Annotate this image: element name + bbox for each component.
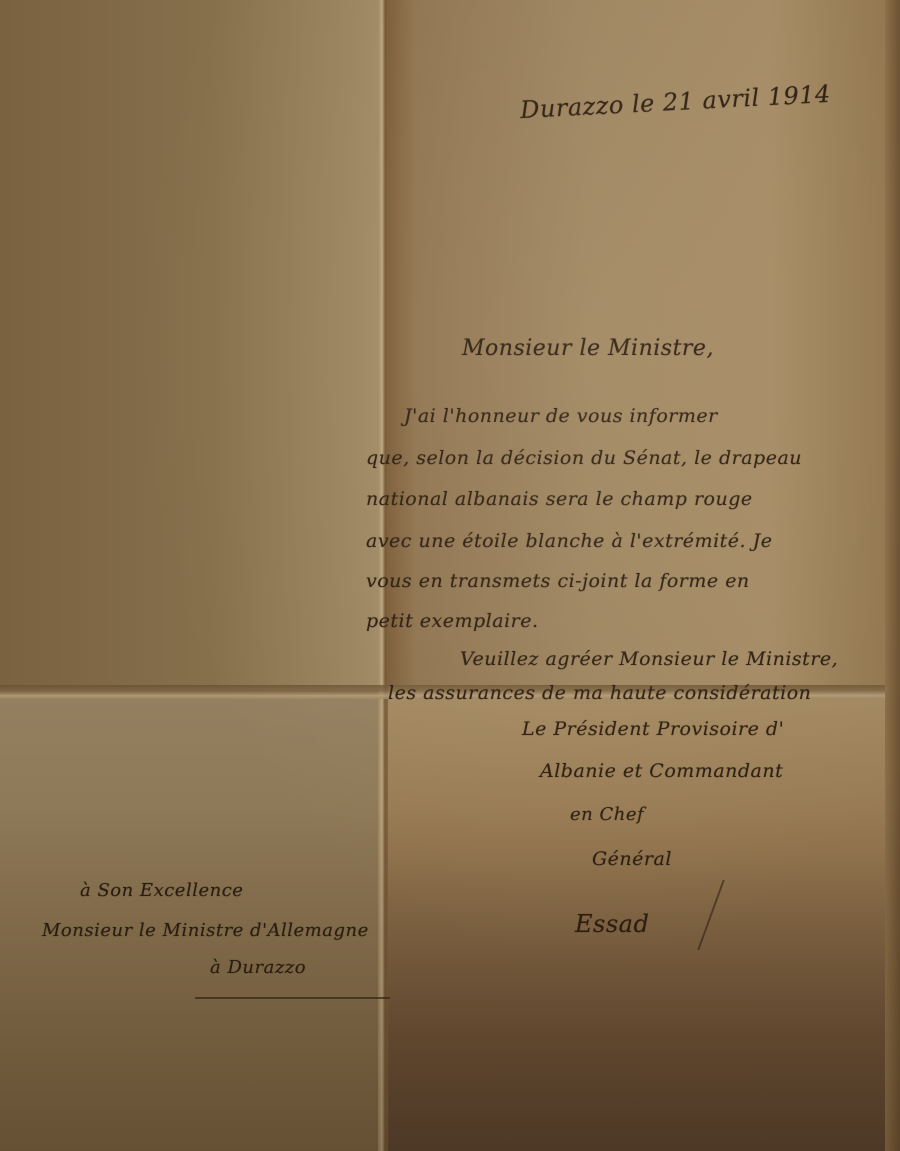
closing-title-line: Le Président Provisoire d' — [522, 718, 784, 740]
closing-title-line: Albanie et Commandant — [540, 760, 783, 782]
letter-body-line: les assurances de ma haute considération — [388, 682, 811, 704]
closing-rank: Général — [592, 848, 672, 870]
letter-body-line: avec une étoile blanche à l'extrémité. J… — [366, 530, 772, 552]
letter-body-line: petit exemplaire. — [366, 610, 539, 632]
paper-edge — [885, 0, 900, 1151]
paper-panel-top-left — [0, 0, 385, 690]
address-line: Monsieur le Ministre d'Allemagne — [42, 920, 369, 941]
letter-salutation: Monsieur le Ministre, — [462, 336, 714, 361]
address-line: à Son Excellence — [80, 880, 243, 901]
letter-body-line: vous en transmets ci-joint la forme en — [366, 570, 750, 592]
letter-body-line: Veuillez agréer Monsieur le Ministre, — [460, 648, 838, 670]
letter-body-line: national albanais sera le champ rouge — [366, 488, 753, 510]
closing-title-line: en Chef — [570, 804, 644, 825]
signature: Essad — [575, 910, 649, 938]
letter-body-line: que, selon la décision du Sénat, le drap… — [366, 447, 802, 469]
address-underline — [195, 997, 390, 999]
letter-body-line: J'ai l'honneur de vous informer — [404, 405, 718, 427]
address-line: à Durazzo — [210, 957, 306, 978]
